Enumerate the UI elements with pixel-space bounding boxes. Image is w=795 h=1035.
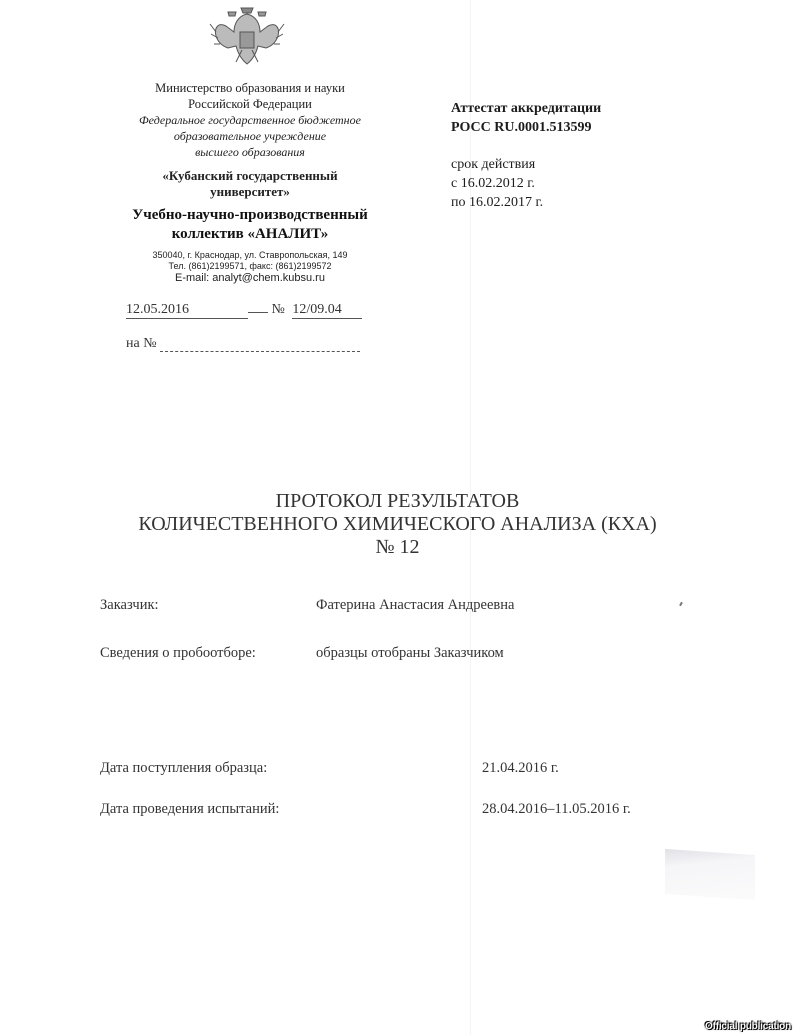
field-value-sampling: образцы отобраны Заказчиком [316,645,504,662]
russian-coat-of-arms-icon [208,2,286,68]
letterhead: Министерство образования и науки Российс… [100,80,400,285]
university-line-2: университет» [100,184,400,200]
reference-number-blank [160,337,360,352]
reference-label: на № [126,336,157,351]
field-label-receipt-date: Дата поступления образца: [100,760,267,777]
reference-line: на № [126,336,360,352]
title-line-2: КОЛИЧЕСТВЕННОГО ХИМИЧЕСКОГО АНАЛИЗА (КХА… [0,513,795,536]
university-line-1: «Кубанский государственный [100,168,400,184]
collective-line-2: коллектив «АНАЛИТ» [100,225,400,244]
address: 350040, г. Краснодар, ул. Ставропольская… [100,250,400,261]
collective-line-1: Учебно-научно-производственный [100,206,400,225]
validity-label: срок действия [451,155,601,174]
title-line-3: № 12 [0,536,795,559]
field-label-sampling: Сведения о пробоотборе: [100,645,256,662]
phone-fax: Тел. (861)2199571, факс: (861)2199572 [100,261,400,272]
institution-type-line-1: Федеральное государственное бюджетное [100,112,400,128]
field-value-test-dates: 28.04.2016–11.05.2016 г. [482,801,631,818]
ministry-line-2: Российской Федерации [100,96,400,112]
field-value-receipt-date: 21.04.2016 г. [482,760,559,777]
title-line-1: ПРОТОКОЛ РЕЗУЛЬТАТОВ [0,490,795,513]
field-label-customer: Заказчик: [100,597,159,614]
email: E-mail: analyt@chem.kubsu.ru [100,272,400,285]
field-label-test-dates: Дата проведения испытаний: [100,801,279,818]
registration-number: 12/09.04 [292,302,362,319]
validity-to: по 16.02.2017 г. [451,193,601,212]
ministry-line-1: Министерство образования и науки [100,80,400,96]
scan-speck [679,602,683,606]
accreditation-line-1: Аттестат аккредитации [451,99,601,118]
registration-line: 12.05.2016 № 12/09.04 [126,302,362,319]
watermark: Official publication [705,1021,791,1032]
field-value-customer: Фатерина Анастасия Андреевна [316,597,514,614]
registration-date: 12.05.2016 [126,302,248,319]
faint-stamp-mark [665,849,755,900]
accreditation-line-2: РОСС RU.0001.513599 [451,118,601,137]
number-sign: № [272,302,285,317]
document-title: ПРОТОКОЛ РЕЗУЛЬТАТОВ КОЛИЧЕСТВЕННОГО ХИМ… [0,490,795,559]
institution-type-line-2: образовательное учреждение [100,128,400,144]
institution-type-line-3: высшего образования [100,144,400,160]
validity-from: с 16.02.2012 г. [451,174,601,193]
accreditation-block: Аттестат аккредитации РОСС RU.0001.51359… [451,99,601,212]
